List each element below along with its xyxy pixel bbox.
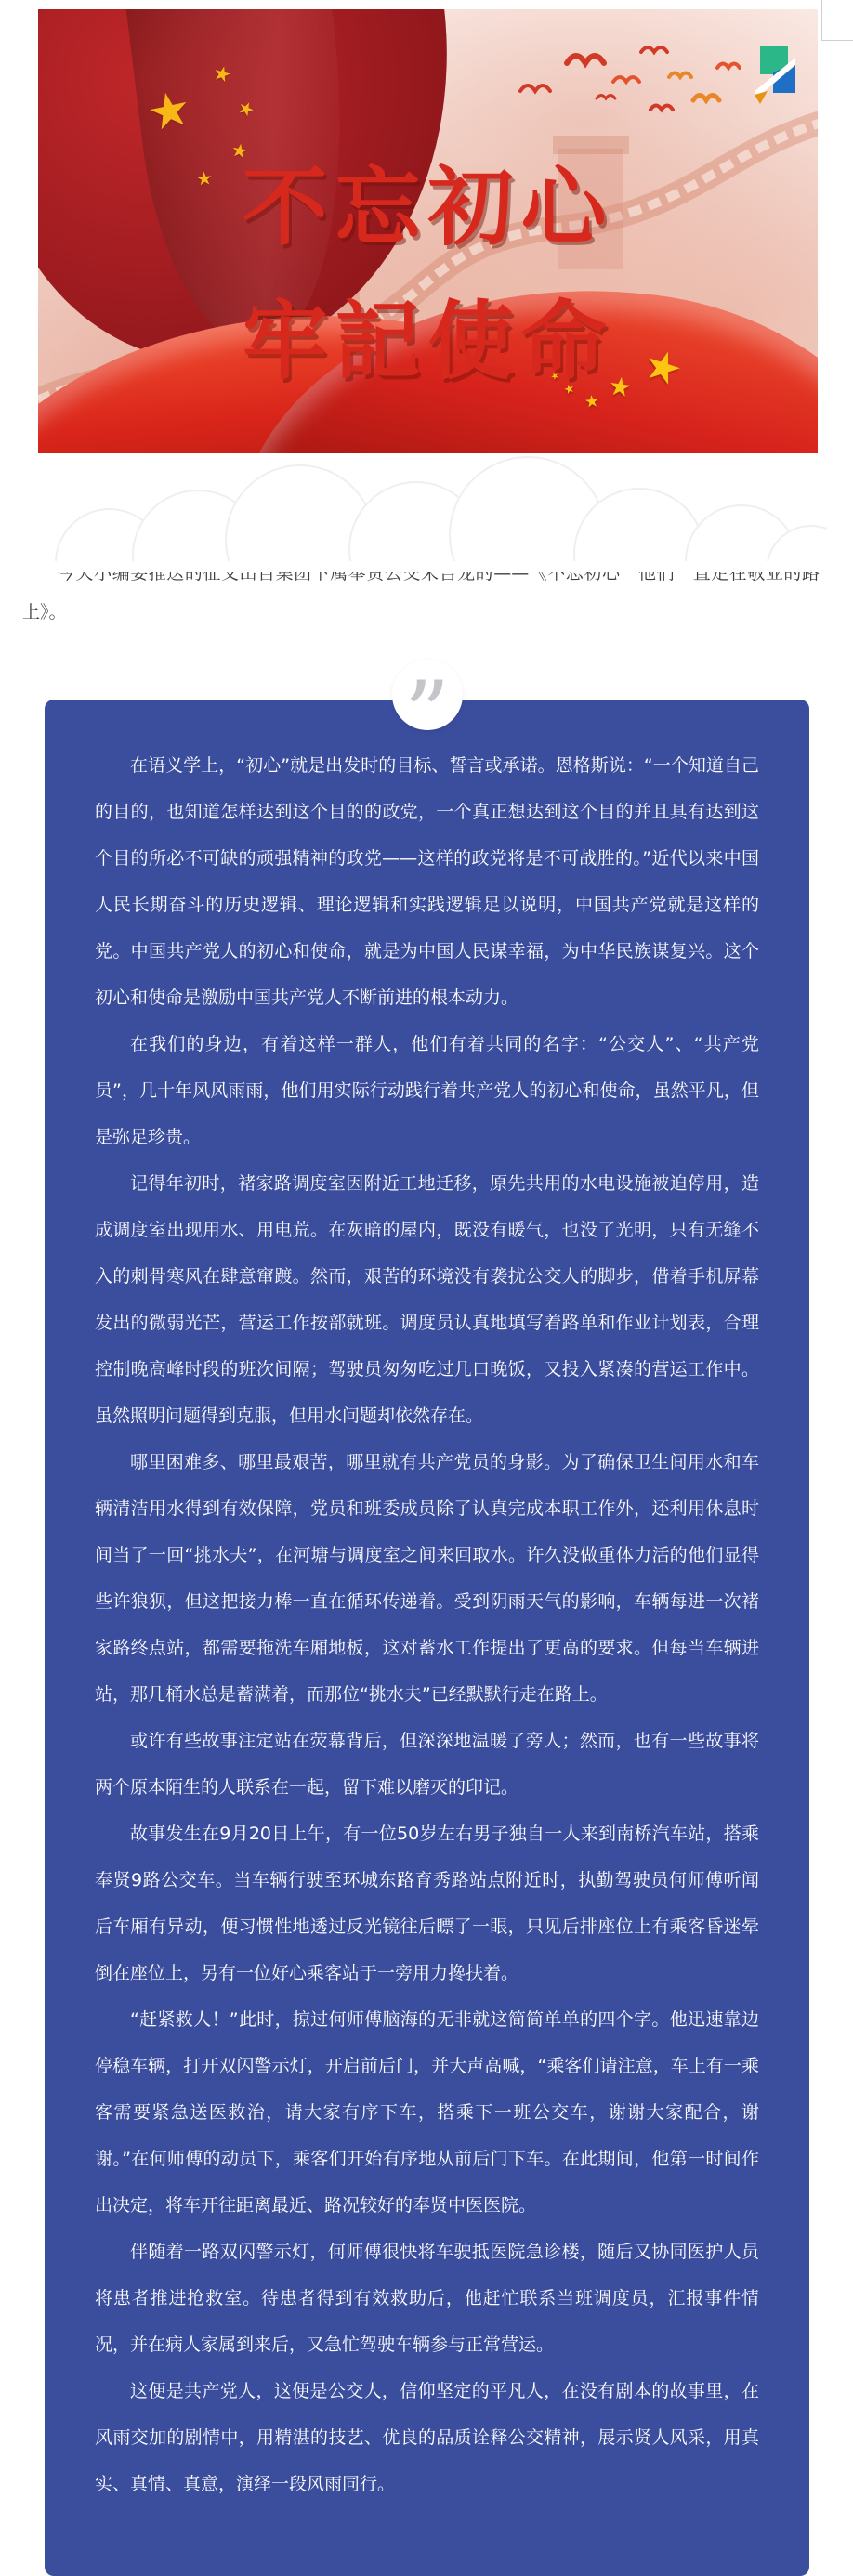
star-icon: ★ [584,391,600,412]
birds-icon [511,26,753,137]
article-paragraph: 这便是共产党人，这便是公交人，信仰坚定的平凡人，在没有剧本的故事里，在风雨交加的… [95,2368,759,2507]
banner-title-line1: 不忘初心 [38,165,818,251]
article-paragraph: “赶紧救人！”此时，掠过何师傅脑海的无非就这简简单单的四个字。他迅速靠边停稳车辆… [95,1996,759,2229]
page-corner-widget [821,0,853,41]
cloud-divider [26,451,827,572]
article-paragraph: 故事发生在9月20日上午，有一位50岁左右男子独自一人来到南桥汽车站，搭乘奉贤9… [95,1811,759,1996]
article-paragraph: 在语义学上，“初心”就是出发时的目标、誓言或承诺。恩格斯说：“一个知道自己的目的… [95,742,759,1021]
article-paragraph: 哪里困难多、哪里最艰苦，哪里就有共产党员的身影。为了确保卫生间用水和车辆清洁用水… [95,1439,759,1718]
article-paragraph: 在我们的身边，有着这样一群人，他们有着共同的名字：“公交人”、“共产党员”，几十… [95,1021,759,1160]
header-banner-image: ★ ★ ★ ★ ★ 不忘初心 牢記使命 交能集团学习贯彻宣传党的十九大精神系列活… [38,9,818,453]
article-paragraph: 记得年初时，褚家路调度室因附近工地迁移，原先共用的水电设施被迫停用，造成调度室出… [95,1160,759,1439]
banner-title-line2: 牢記使命 [38,299,818,385]
article-paragraph: 或许有些故事注定站在荧幕背后，但深深地温暖了旁人；然而，也有一些故事将两个原本陌… [95,1718,759,1811]
company-logo-icon [755,45,799,106]
quote-badge: ” [392,660,463,730]
banner-subtitle: 交能集团学习贯彻宣传党的十九大精神系列活动 [38,451,818,453]
quote-icon: ” [392,660,463,730]
article-card: ” 在语义学上，“初心”就是出发时的目标、誓言或承诺。恩格斯说：“一个知道自己的… [45,700,809,2576]
article-body: 在语义学上，“初心”就是出发时的目标、誓言或承诺。恩格斯说：“一个知道自己的目的… [95,742,759,2507]
article-paragraph: 伴随着一路双闪警示灯，何师傅很快将车驶抵医院急诊楼，随后又协同医护人员将患者推进… [95,2229,759,2368]
